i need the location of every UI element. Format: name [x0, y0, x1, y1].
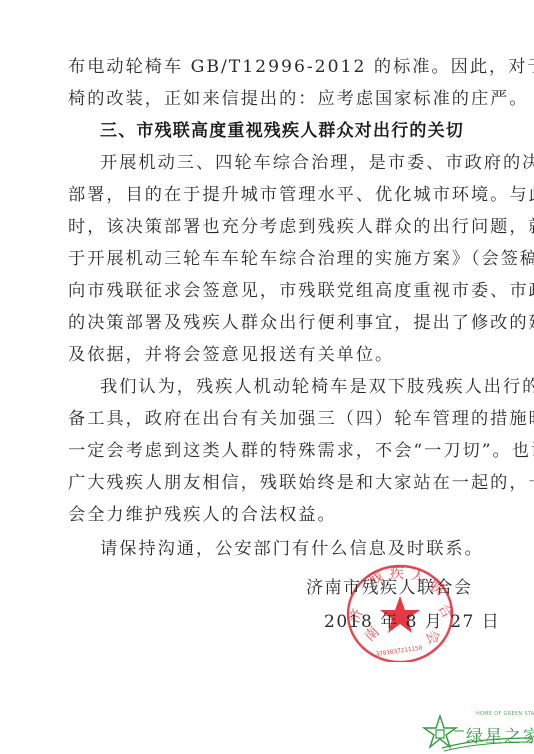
logo-subtitle: HOME OF GREEN STAR [476, 711, 534, 717]
text-line: 一定会考虑到这类人群的特殊需求，不会“一刀切”。也请 [68, 435, 478, 467]
green-star-logo: HOME OF GREEN STAR 绿星之家 [418, 708, 534, 754]
signature-date: 2018 年 8 月 27 日 [324, 607, 500, 632]
section-heading: 三、市残联高度重视残疾人群众对出行的关切 [100, 115, 480, 147]
logo-name: 绿星之家 [466, 722, 534, 747]
text-line: 开展机动三、四轮车综合治理，是市委、市政府的决策 [100, 147, 478, 179]
text-line: 时，该决策部署也充分考虑到残疾人群众的出行问题，就《关 [68, 211, 478, 243]
text-line: 我们认为，残疾人机动轮椅车是双下肢残疾人出行的必 [100, 371, 478, 403]
text-line: 部署，目的在于提升城市管理水平、优化城市环境。与此同 [68, 179, 478, 211]
text-line: 布电动轮椅车 GB/T12996-2012 的标准。因此，对于机动轮 [68, 51, 478, 83]
document-page: 布电动轮椅车 GB/T12996-2012 的标准。因此，对于机动轮 椅的改装，… [0, 0, 534, 754]
text-line: 椅的改装，正如来信提出的：应考虑国家标准的庄严。 [68, 83, 478, 115]
text-line: 会全力维护残疾人的合法权益。 [68, 499, 478, 531]
text-line: 广大残疾人朋友相信，残联始终是和大家站在一起的，一定 [68, 467, 478, 499]
svg-text:3701037211150: 3701037211150 [375, 644, 423, 658]
text-line: 及依据，并将会签意见报送有关单位。 [68, 339, 478, 371]
signature-organization: 济南市残疾人联合会 [306, 573, 473, 598]
text-line: 于开展机动三轮车车轮车综合治理的实施方案》（会签稿） [68, 243, 478, 275]
text-line: 的决策部署及残疾人群众出行便利事宜，提出了修改的建议 [68, 307, 478, 339]
text-line: 请保持沟通，公安部门有什么信息及时联系。 [100, 533, 478, 565]
text-line: 备工具，政府在出台有关加强三（四）轮车管理的措施时， [68, 403, 478, 435]
text-line: 向市残联征求会签意见，市残联党组高度重视市委、市政府 [68, 275, 478, 307]
